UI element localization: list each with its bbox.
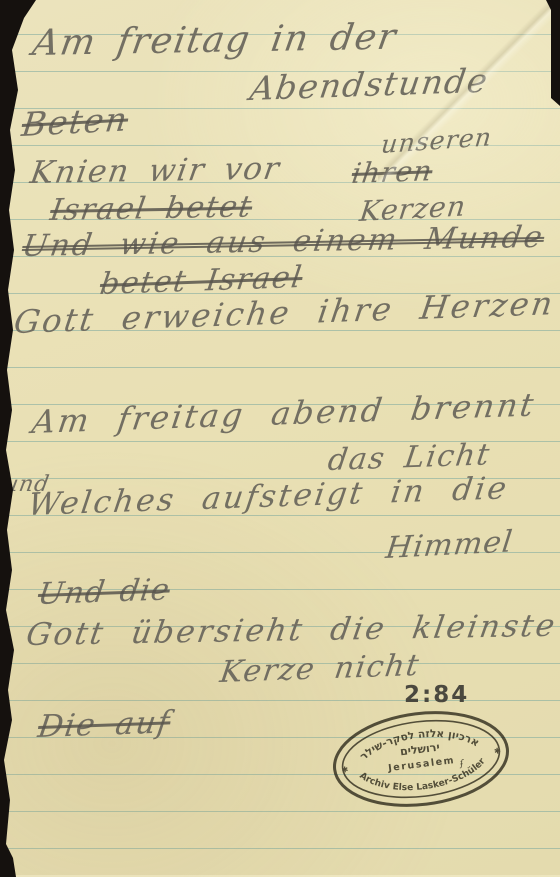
poem-line: Kerze nicht [218,651,422,688]
stamp-hebrew-city: ירושלים [399,741,440,759]
catalog-number: 2:84 [404,684,469,707]
poem-line-struck: Und wie aus einem Munde [20,223,547,262]
stamp-star-right: ✱ [493,745,501,756]
poem-word: Himmel [384,527,515,564]
poem-line-struck: Und die [36,575,172,610]
poem-line: Am freitag in der [30,20,399,62]
poem-word-struck: ihren [350,157,434,188]
archive-stamp: ארכיון אלזה לסקר-שילר ירושלים Jerusalem … [325,699,518,818]
poem-line: das Licht [326,440,492,476]
poem-insertion: unseren [380,124,493,157]
poem-line-struck: Beten [20,103,130,141]
poem-line: Gott erweiche ihre Herzen [12,287,557,338]
stamp-hebrew-arc: ארכיון אלזה לסקר-שילר [355,720,483,763]
poem-line: Welches aufsteigt in die [26,473,511,521]
stamp-city-latin: Jerusalem [387,755,456,774]
poem-line: Knien wir vor [28,154,282,189]
poem-line: Am freitag abend brennt [30,389,538,438]
stamp-star-left: ✱ [341,764,349,775]
poem-line: Abendstunde [248,64,491,105]
stamp-flourish-icon: ʄ [458,759,466,770]
manuscript-scan: Am freitag in der Abendstunde Beten unse… [0,0,560,877]
poem-line: Gott übersieht die kleinste [24,611,559,651]
poem-line-struck: Israel betet [48,192,255,226]
paper-sheet: Am freitag in der Abendstunde Beten unse… [0,0,560,877]
poem-line-struck: Die auf [36,707,173,743]
